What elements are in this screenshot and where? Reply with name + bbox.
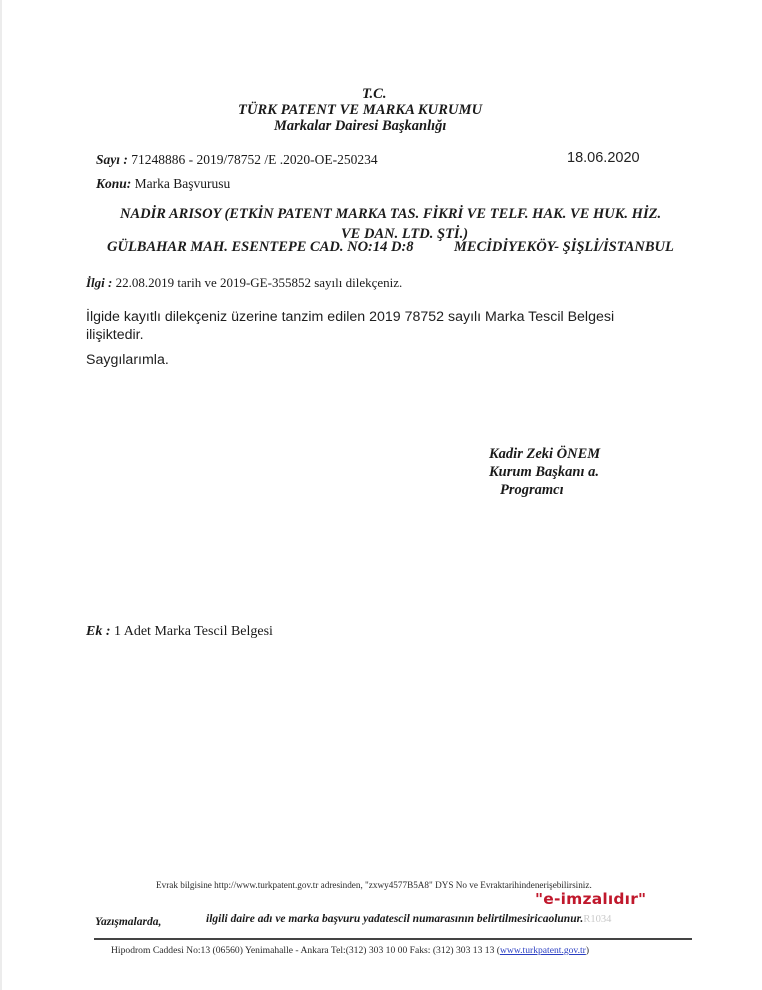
- footer-address: Hipodrom Caddesi No:13 (06560) Yenimahal…: [111, 945, 589, 956]
- recipient-address-city: MECİDİYEKÖY- ŞİŞLİ/İSTANBUL: [454, 239, 674, 256]
- page-edge: [0, 0, 2, 990]
- reference-number: Sayı : 71248886 - 2019/78752 /E .2020-OE…: [96, 152, 378, 168]
- header-tc: T.C.: [362, 86, 386, 103]
- address-text: Hipodrom Caddesi No:13 (06560) Yenimahal…: [111, 945, 500, 956]
- sayi-label: Sayı :: [96, 152, 128, 167]
- correspondence-note: ilgili daire adı ve marka başvuru yadate…: [206, 913, 611, 925]
- signatory-role: Programcı: [500, 482, 564, 499]
- konu-label: Konu:: [96, 176, 131, 191]
- body-paragraph-line-2: ilişiktedir.: [86, 327, 144, 343]
- e-signed-stamp: "e-imzalıdır": [535, 890, 646, 908]
- recipient-address-street: GÜLBAHAR MAH. ESENTEPE CAD. NO:14 D:8: [107, 239, 414, 256]
- reference-line: İlgi : 22.08.2019 tarih ve 2019-GE-35585…: [86, 275, 402, 291]
- ilgi-value: 22.08.2019 tarih ve 2019-GE-355852 sayıl…: [116, 275, 403, 290]
- footer-divider: [94, 938, 692, 940]
- signatory-name: Kadir Zeki ÖNEM: [489, 446, 600, 463]
- header-organization: TÜRK PATENT VE MARKA KURUMU: [238, 102, 482, 119]
- konu-value: Marka Başvurusu: [135, 176, 231, 191]
- form-code: R1034: [583, 914, 611, 925]
- address-close: ): [586, 945, 589, 956]
- ek-label: Ek :: [86, 624, 111, 639]
- closing-text: Saygılarımla.: [86, 352, 169, 368]
- attachment-line: Ek : 1 Adet Marka Tescil Belgesi: [86, 624, 273, 640]
- ilgi-label: İlgi :: [86, 275, 112, 290]
- ek-value: 1 Adet Marka Tescil Belgesi: [114, 624, 273, 639]
- body-paragraph-line-1: İlgide kayıtlı dilekçeniz üzerine tanzim…: [86, 309, 614, 325]
- recipient-line-1: NADİR ARISOY (ETKİN PATENT MARKA TAS. Fİ…: [120, 206, 661, 223]
- subject: Konu: Marka Başvurusu: [96, 176, 230, 192]
- document-date: 18.06.2020: [567, 150, 640, 166]
- header-department: Markalar Dairesi Başkanlığı: [274, 118, 446, 135]
- document-info-note: Evrak bilgisine http://www.turkpatent.go…: [156, 880, 592, 890]
- sayi-value: 71248886 - 2019/78752 /E .2020-OE-250234: [131, 152, 377, 167]
- signatory-title: Kurum Başkanı a.: [489, 464, 599, 481]
- correspondence-text: ilgili daire adı ve marka başvuru yadate…: [206, 913, 583, 925]
- correspondence-label: Yazışmalarda,: [95, 916, 161, 928]
- website-link[interactable]: www.turkpatent.gov.tr: [500, 945, 586, 956]
